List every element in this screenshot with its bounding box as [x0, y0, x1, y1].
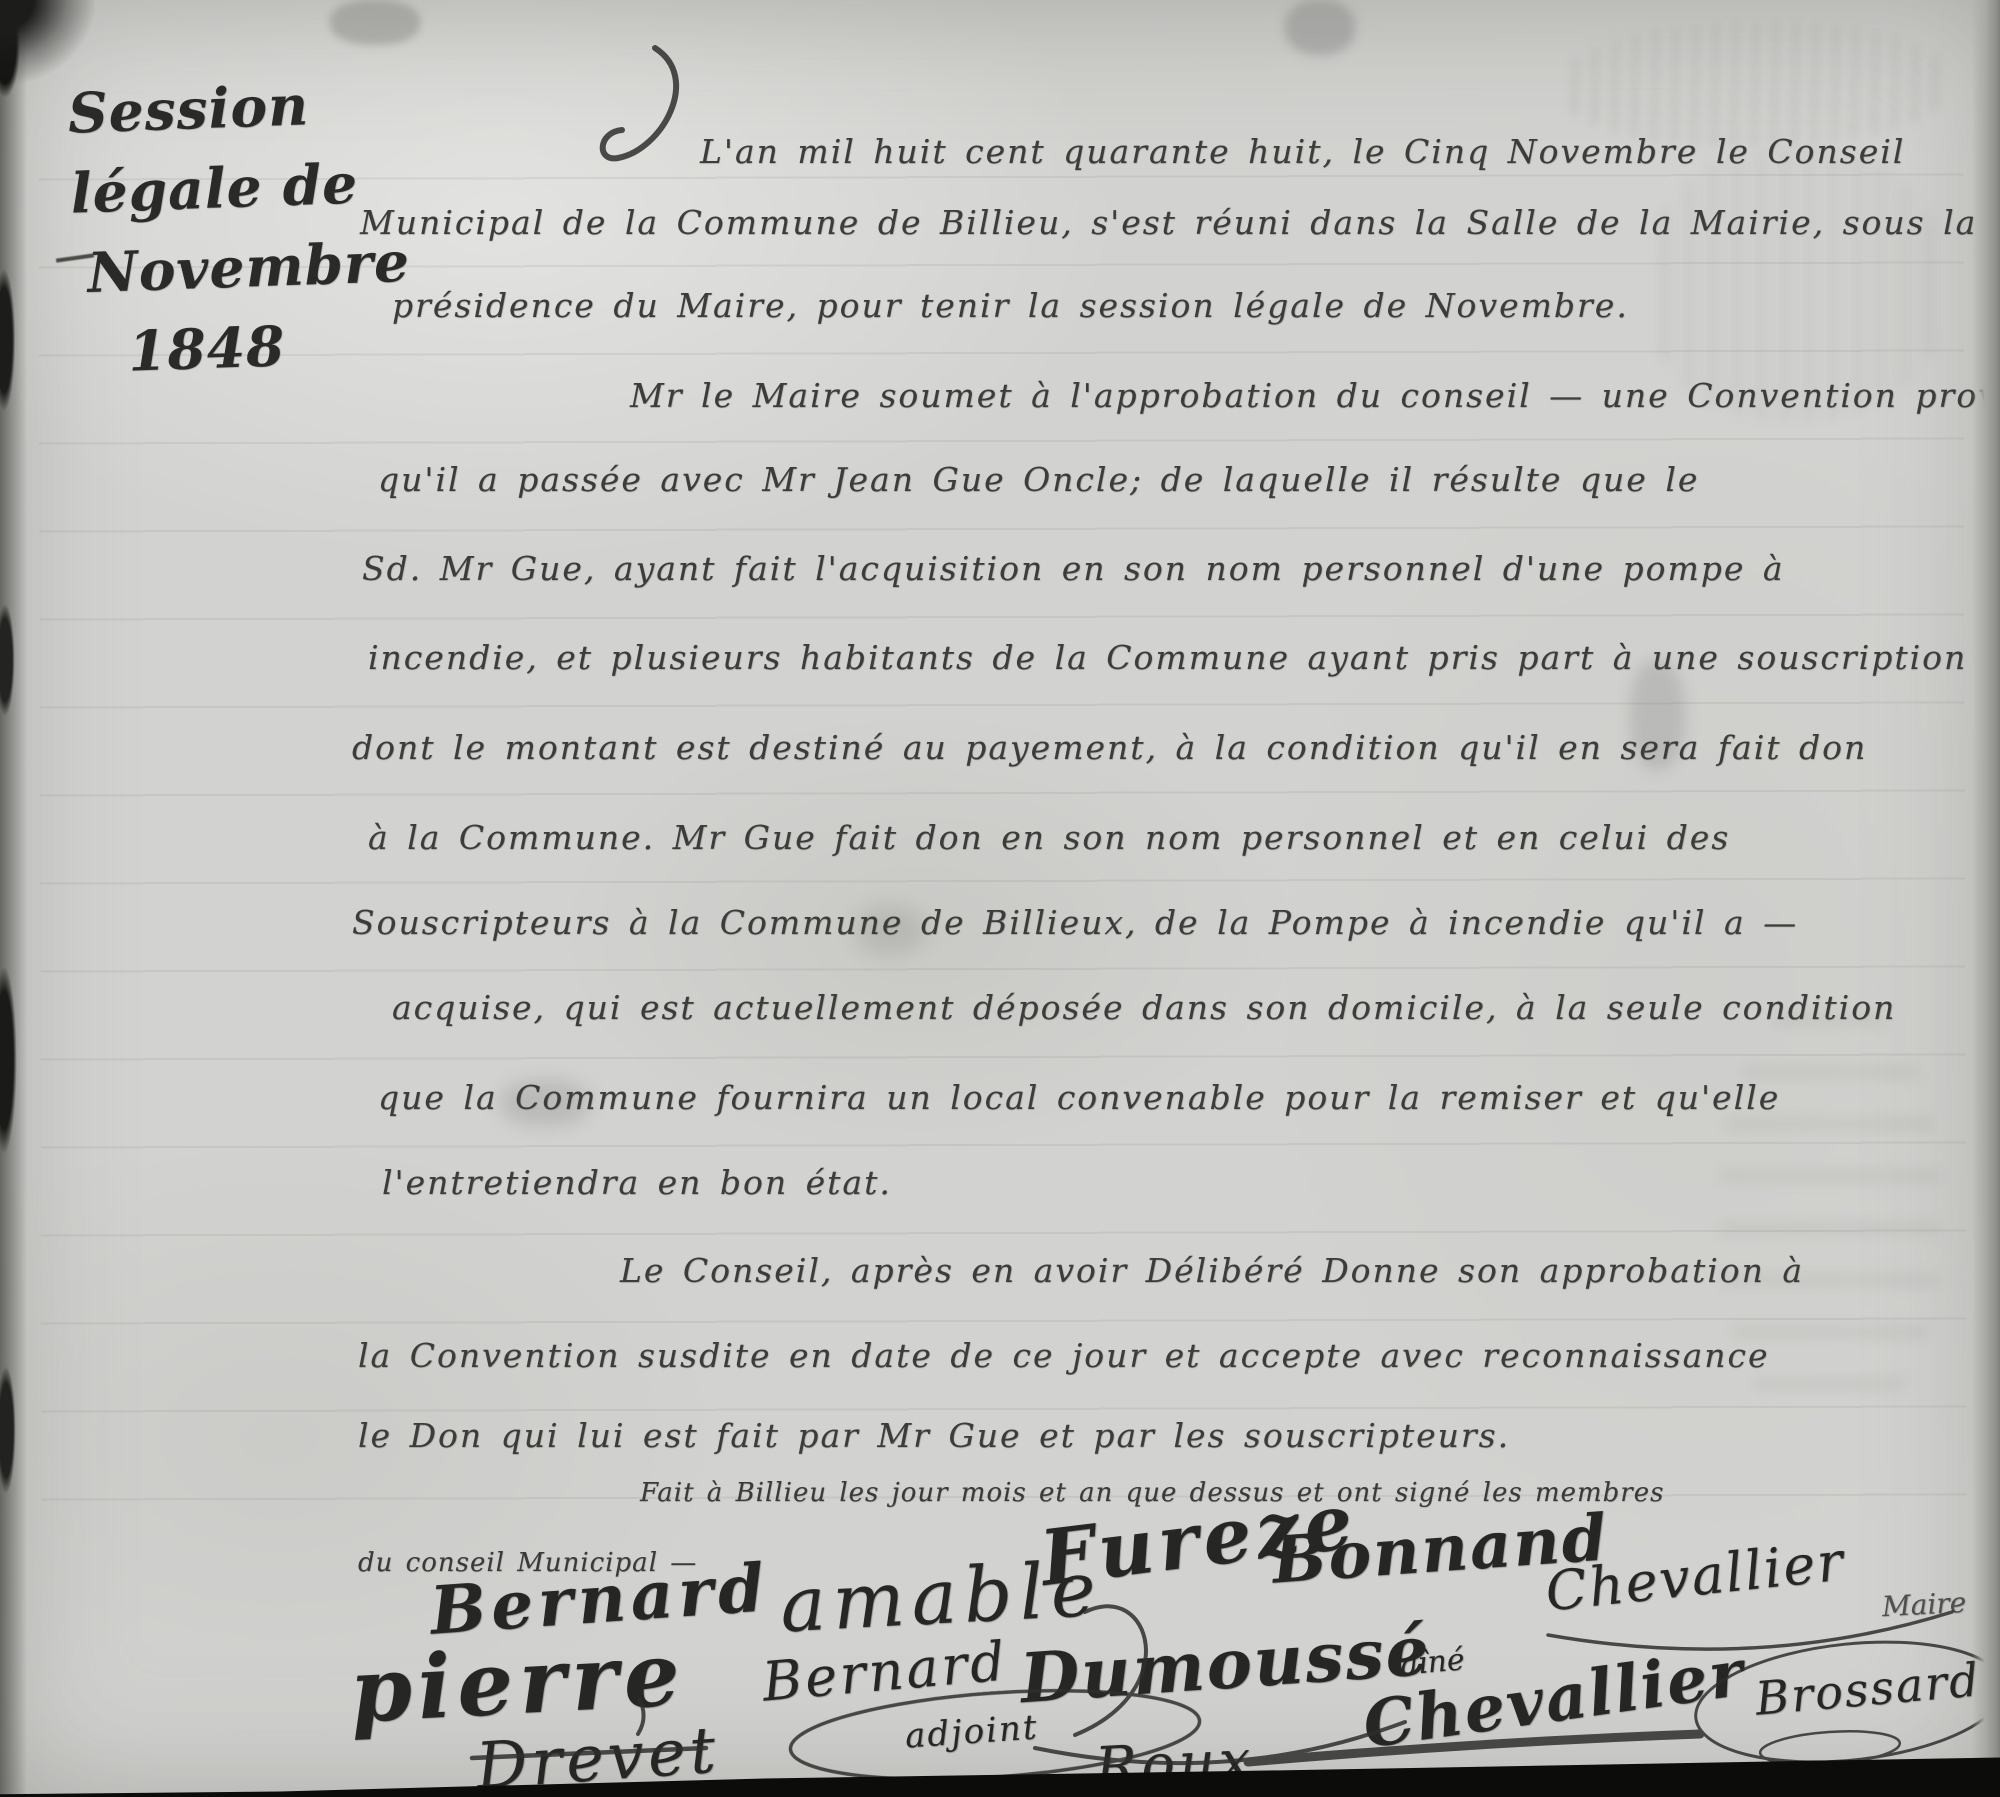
- margin-note-line: Novembre: [86, 222, 395, 313]
- text-line: Le Conseil, après en avoir Délibéré Donn…: [620, 1251, 1804, 1290]
- signature-role-adjoint: adjoint: [904, 1707, 1040, 1756]
- text-line: dont le montant est destiné au payement,…: [352, 728, 1867, 767]
- text-line: présidence du Maire, pour tenir la sessi…: [392, 286, 1629, 325]
- ink-smudge: [1285, 0, 1355, 55]
- text-line: Municipal de la Commune de Billieu, s'es…: [360, 203, 1977, 242]
- text-line: incendie, et plusieurs habitants de la C…: [368, 638, 1967, 677]
- book-edge-shadow: [0, 1751, 2000, 1797]
- text-line: le Don qui lui est fait par Mr Gue et pa…: [358, 1416, 1510, 1455]
- text-line: que la Commune fournira un local convena…: [378, 1078, 1780, 1117]
- corner-stain: [0, 0, 95, 85]
- signature-brossard: Brossard: [1753, 1652, 1982, 1725]
- text-line: la Convention susdite en date de ce jour…: [358, 1336, 1770, 1375]
- text-line: Souscripteurs à la Commune de Billieux, …: [352, 903, 1798, 942]
- margin-note: Session légale de Novembre 1848: [67, 63, 398, 394]
- text-line: à la Commune. Mr Gue fait don en son nom…: [368, 818, 1730, 857]
- margin-note-line: 1848: [127, 302, 398, 391]
- text-line: l'entretiendra en bon état.: [382, 1163, 892, 1202]
- ink-bleedthrough: [1559, 19, 1951, 151]
- margin-note-line: Session: [67, 63, 390, 154]
- ink-smudge: [330, 0, 420, 45]
- margin-note-line: légale de: [69, 142, 392, 233]
- scanned-register-page: Session légale de Novembre 1848 L'an mil…: [0, 0, 2000, 1797]
- text-line: Mr le Maire soumet à l'approbation du co…: [630, 376, 2000, 415]
- book-spine-edge: [0, 0, 32, 1797]
- text-line: Sd. Mr Gue, ayant fait l'acquisition en …: [362, 549, 1785, 588]
- page-edge: [1972, 0, 2000, 1797]
- text-line: L'an mil huit cent quarante huit, le Cin…: [700, 132, 1905, 171]
- text-line: qu'il a passée avec Mr Jean Gue Oncle; d…: [378, 460, 1699, 499]
- text-line: acquise, qui est actuellement déposée da…: [392, 988, 1896, 1027]
- signature-role-maire: Maire: [1881, 1586, 1967, 1623]
